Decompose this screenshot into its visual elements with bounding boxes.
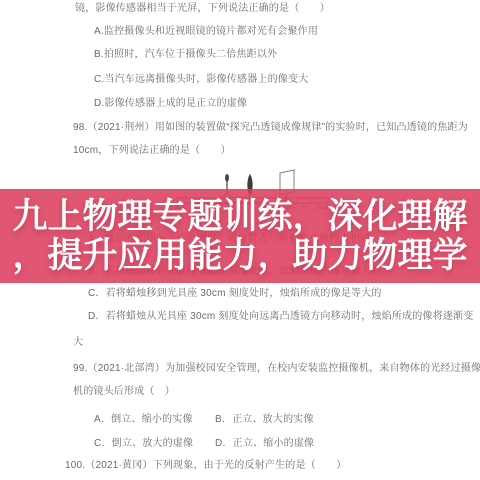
- q99-option-c: C．倒立、放大的虚像: [94, 437, 193, 450]
- promo-banner-line-2: ，提升应用能力，助力物理学: [12, 236, 467, 275]
- q98-option-c: C．若将蜡烛移到光具座 30cm 刻度处时，烛焰所成的像是等大的: [88, 287, 382, 300]
- q97-option-a: A.监控摄像头和近视眼镜的镜片都对光有会聚作用: [94, 25, 318, 38]
- promo-banner: 九上物理专题训练，深化理解 ，提升应用能力，助力物理学: [0, 189, 480, 283]
- promo-banner-line-1: 九上物理专题训练，深化理解: [12, 197, 467, 236]
- q98-option-d-line2: 大: [73, 336, 83, 349]
- worksheet-page: 镜，影像传感器相当于光屏，下列说法正确的是（ ） A.监控摄像头和近视眼镜的镜片…: [0, 0, 480, 480]
- q98-option-d-line1: D．若将蜡烛从光具座 30cm 刻度处向远离凸透镜方向移动时，烛焰所成的像将逐渐…: [88, 310, 473, 323]
- q98-stem-line1: 98.（2021·荆州）用如图的装置做“探究凸透镜成像规律”的实验时，已知凸透镜…: [73, 121, 468, 134]
- q99-option-b: B．正立、放大的实像: [215, 413, 314, 426]
- q99-option-d: D．正立、缩小的虚像: [215, 437, 314, 450]
- q97-option-c: C.当汽车远离摄像头时，影像传感器上的像变大: [94, 73, 308, 86]
- q100-stem: 100.（2021·黄冈）下列现象，由于光的反射产生的是（ ）: [65, 459, 346, 472]
- q99-stem-line2: 机的镜头后形成（ ）: [73, 385, 175, 398]
- q97-option-d: D.影像传感器上成的是正立的虚像: [94, 97, 247, 110]
- q97-option-b: B.拍照时，汽车位于摄像头二倍焦距以外: [94, 48, 277, 61]
- q97-stem-tail: 镜，影像传感器相当于光屏，下列说法正确的是（ ）: [75, 2, 330, 15]
- q99-stem-line1: 99.（2021·北部湾）为加强校园安全管理，在校内安装监控摄像机，来自物体的光…: [73, 362, 480, 375]
- q99-option-a: A．倒立、缩小的实像: [94, 413, 193, 426]
- q98-stem-line2: 10cm，下列说法正确的是（ ）: [73, 144, 231, 157]
